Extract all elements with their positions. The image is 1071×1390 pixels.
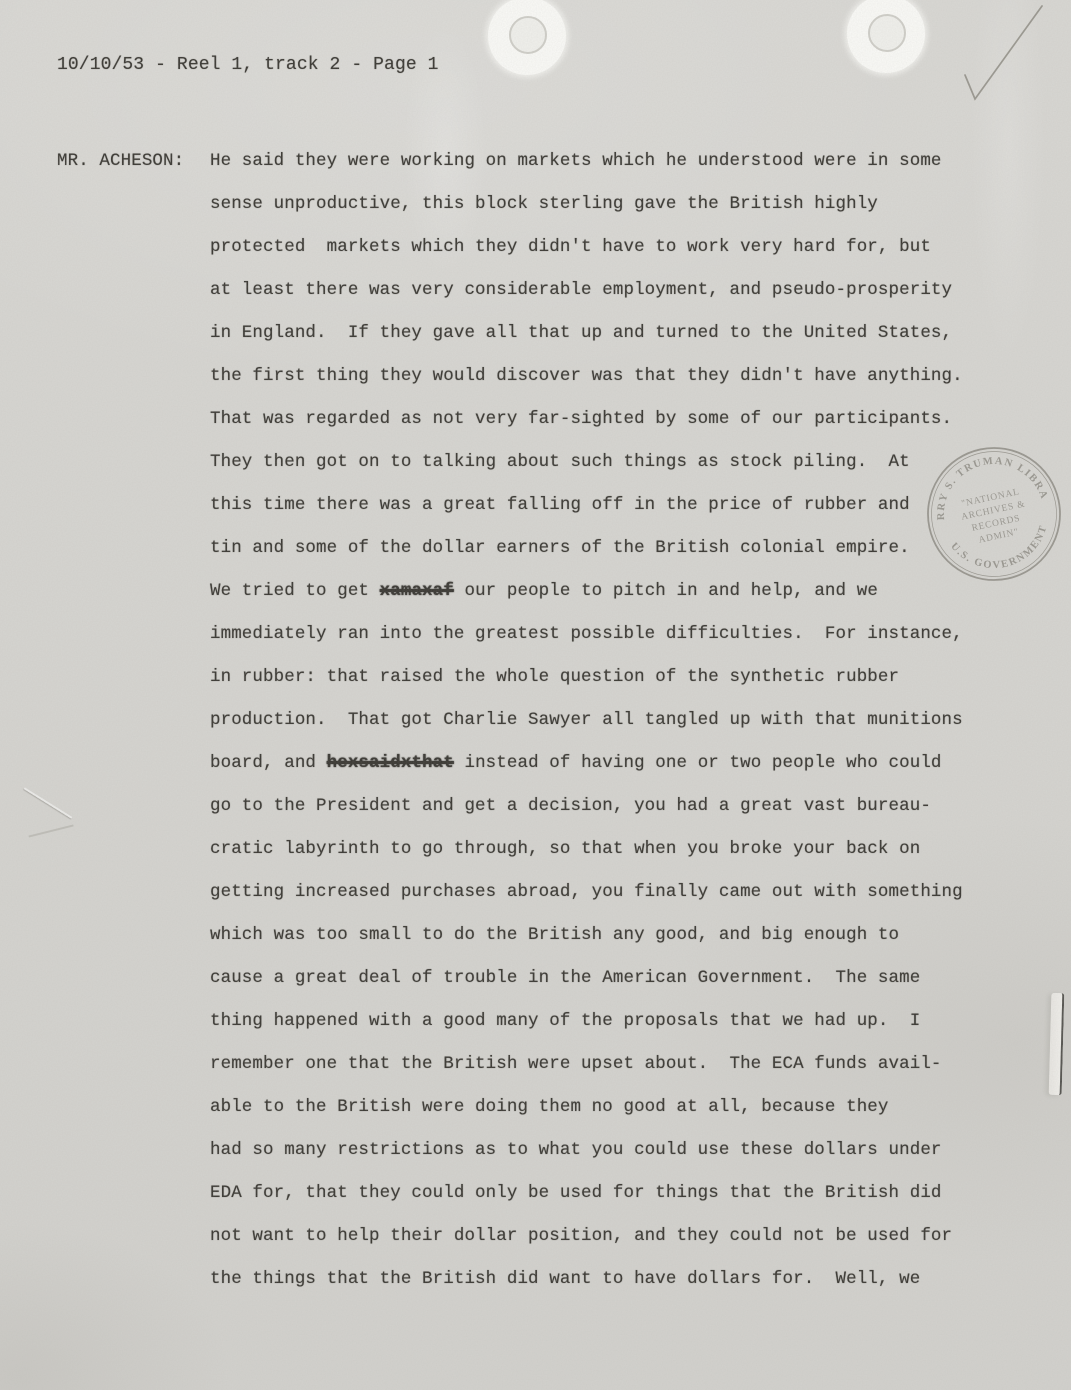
typed-line: That was regarded as not very far-sighte… <box>210 398 1010 441</box>
typed-line: the first thing they would discover was … <box>210 355 1010 398</box>
typed-lines: He said they were working on markets whi… <box>210 140 1010 1301</box>
hole-punch-right <box>847 0 925 73</box>
speaker-label: MR. ACHESON: <box>57 140 184 183</box>
typed-line: sense unproductive, this block sterling … <box>210 183 1010 226</box>
line-text: not want to help their dollar position, … <box>210 1226 952 1246</box>
typed-line: cause a great deal of trouble in the Ame… <box>210 957 1010 1000</box>
typed-line: in rubber: that raised the whole questio… <box>210 656 1010 699</box>
typed-line: getting increased purchases abroad, you … <box>210 871 1010 914</box>
line-text: instead of having one or two people who … <box>454 753 942 773</box>
typed-line: board, and hexsaidxthat instead of havin… <box>210 742 1010 785</box>
typed-line: remember one that the British were upset… <box>210 1043 1010 1086</box>
hole-punch-left <box>488 0 566 75</box>
line-text: the first thing they would discover was … <box>210 366 963 386</box>
typed-line: thing happened with a good many of the p… <box>210 1000 1010 1043</box>
page-header: 10/10/53 - Reel 1, track 2 - Page 1 <box>57 52 439 78</box>
line-text: protected markets which they didn't have… <box>210 237 931 257</box>
checkmark-icon <box>930 0 1060 110</box>
overstruck-text: xamaxaf <box>380 581 454 601</box>
line-text: thing happened with a good many of the p… <box>210 1011 920 1031</box>
typed-line: We tried to get xamaxaf our people to pi… <box>210 570 1010 613</box>
line-text: That was regarded as not very far-sighte… <box>210 409 952 429</box>
line-text: had so many restrictions as to what you … <box>210 1140 942 1160</box>
line-text: They then got on to talking about such t… <box>210 452 910 472</box>
line-text: go to the President and get a decision, … <box>210 796 931 816</box>
typed-line: tin and some of the dollar earners of th… <box>210 527 1010 570</box>
typed-line: able to the British were doing them no g… <box>210 1086 1010 1129</box>
typed-line: He said they were working on markets whi… <box>210 140 1010 183</box>
line-text: this time there was a great falling off … <box>210 495 910 515</box>
typed-line: at least there was very considerable emp… <box>210 269 1010 312</box>
typed-line: EDA for, that they could only be used fo… <box>210 1172 1010 1215</box>
line-text: our people to pitch in and help, and we <box>454 581 878 601</box>
line-text: tin and some of the dollar earners of th… <box>210 538 910 558</box>
document-page: 10/10/53 - Reel 1, track 2 - Page 1 MR. … <box>0 0 1071 1390</box>
typed-line: cratic labyrinth to go through, so that … <box>210 828 1010 871</box>
line-text: at least there was very considerable emp… <box>210 280 952 300</box>
typed-line: not want to help their dollar position, … <box>210 1215 1010 1258</box>
line-text: cratic labyrinth to go through, so that … <box>210 839 920 859</box>
typed-line: had so many restrictions as to what you … <box>210 1129 1010 1172</box>
typed-line: in England. If they gave all that up and… <box>210 312 1010 355</box>
overstruck-text: hexsaidxthat <box>327 753 454 773</box>
archive-stamp: HARRY S. TRUMAN LIBRARY U.S. GOVERNMENT … <box>909 429 1071 600</box>
line-text: getting increased purchases abroad, you … <box>210 882 963 902</box>
line-text: We tried to get <box>210 581 380 601</box>
line-text: remember one that the British were upset… <box>210 1054 942 1074</box>
typed-line: which was too small to do the British an… <box>210 914 1010 957</box>
line-text: EDA for, that they could only be used fo… <box>210 1183 942 1203</box>
line-text: the things that the British did want to … <box>210 1269 920 1289</box>
line-text: in rubber: that raised the whole questio… <box>210 667 899 687</box>
typed-line: They then got on to talking about such t… <box>210 441 1010 484</box>
line-text: cause a great deal of trouble in the Ame… <box>210 968 920 988</box>
typed-line: protected markets which they didn't have… <box>210 226 1010 269</box>
line-text: sense unproductive, this block sterling … <box>210 194 878 214</box>
page-edge-tear <box>1049 993 1065 1095</box>
paper-crease <box>29 824 74 837</box>
line-text: board, and <box>210 753 327 773</box>
typed-line: production. That got Charlie Sawyer all … <box>210 699 1010 742</box>
typed-line: immediately ran into the greatest possib… <box>210 613 1010 656</box>
line-text: production. That got Charlie Sawyer all … <box>210 710 963 730</box>
typed-line: the things that the British did want to … <box>210 1258 1010 1301</box>
line-text: which was too small to do the British an… <box>210 925 899 945</box>
line-text: able to the British were doing them no g… <box>210 1097 889 1117</box>
typed-line: this time there was a great falling off … <box>210 484 1010 527</box>
line-text: in England. If they gave all that up and… <box>210 323 952 343</box>
typed-line: go to the President and get a decision, … <box>210 785 1010 828</box>
line-text: immediately ran into the greatest possib… <box>210 624 963 644</box>
line-text: He said they were working on markets whi… <box>210 151 942 171</box>
paper-crease <box>24 787 73 818</box>
